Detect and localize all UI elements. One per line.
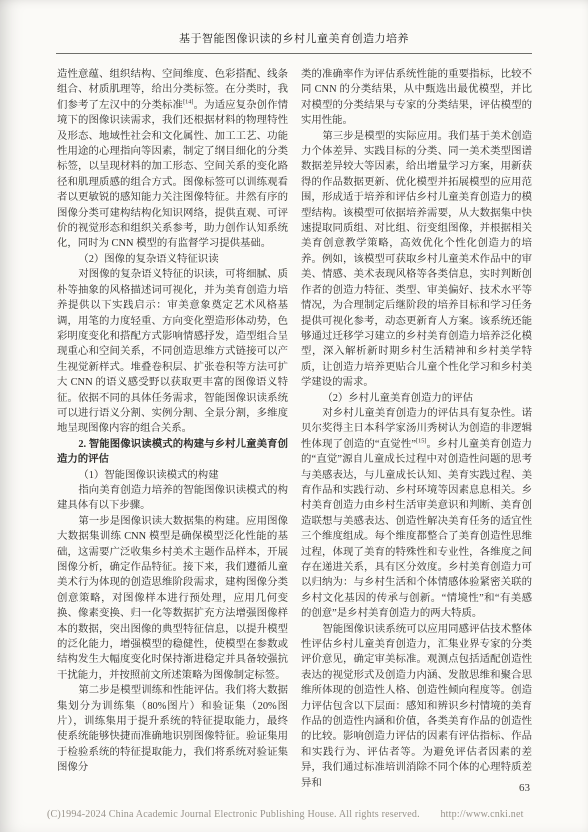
paragraph: 第二步是模型训练和性能评估。我们将大数据集划分为训练集（80%图片）和验证集（2…	[57, 683, 288, 775]
copyright-text: (C)1994-2024 China Academic Journal Elec…	[47, 809, 420, 820]
paragraph: 2. 智能图像识读模式的构建与乡村儿童美育创造力的评估	[57, 437, 288, 468]
paragraph: 类的准确率作为评估系统性能的重要指标，比较不同 CNN 的分类结果，从中甄选出最…	[301, 67, 532, 129]
paragraph: （2）图像的复杂语义特征识读	[57, 252, 288, 267]
paragraph: 造性意蕴、组织结构、空间维度、色彩搭配、线条组合、材质肌理等，给出分类标签。在分…	[57, 67, 288, 252]
citation-superscript: [14]	[183, 98, 193, 105]
page-header: 基于智能图像识读的乡村儿童美育创造力培养	[0, 0, 588, 54]
article-body: 造性意蕴、组织结构、空间维度、色彩搭配、线条组合、材质肌理等，给出分类标签。在分…	[0, 54, 588, 791]
paragraph: （2）乡村儿童美育创造力的评估	[301, 391, 532, 406]
paper-page: 基于智能图像识读的乡村儿童美育创造力培养 造性意蕴、组织结构、空间维度、色彩搭配…	[0, 0, 588, 832]
paragraph: 对乡村儿童美育创造力的评估具有复杂性。诺贝尔奖得主日本科学家汤川秀树认为创造的非…	[301, 406, 532, 622]
right-column: 类的准确率作为评估系统性能的重要指标，比较不同 CNN 的分类结果，从中甄选出最…	[301, 67, 532, 791]
citation-superscript: [15]	[416, 437, 426, 444]
paragraph: 指向美育创造力培养的智能图像识读模式的构建具体有以下步骤。	[57, 483, 288, 514]
paragraph: 对图像的复杂语义特征的识读，可将细腻、质朴等抽象的风格描述词可视化，并为美育创造…	[57, 267, 288, 436]
page-number: 63	[519, 782, 530, 794]
cnki-url: http://www.cnki.net	[440, 809, 523, 820]
footer: (C)1994-2024 China Academic Journal Elec…	[47, 809, 524, 820]
paragraph: 第三步是模型的实际应用。我们基于美术创造力个体差异、实践目标的分类、同一美术类型…	[301, 129, 532, 391]
paragraph: 第一步是图像识读大数据集的构建。应用图像大数据集训练 CNN 模型是确保模型泛化…	[57, 514, 288, 683]
paragraph: 智能图像识读系统可以应用同感评估技术整体性评估乡村儿童美育创造力，汇集业界专家的…	[301, 622, 532, 791]
paragraph: （1）智能图像识读模式的构建	[57, 468, 288, 483]
left-column: 造性意蕴、组织结构、空间维度、色彩搭配、线条组合、材质肌理等，给出分类标签。在分…	[57, 67, 288, 791]
running-head-title: 基于智能图像识读的乡村儿童美育创造力培养	[0, 30, 588, 46]
